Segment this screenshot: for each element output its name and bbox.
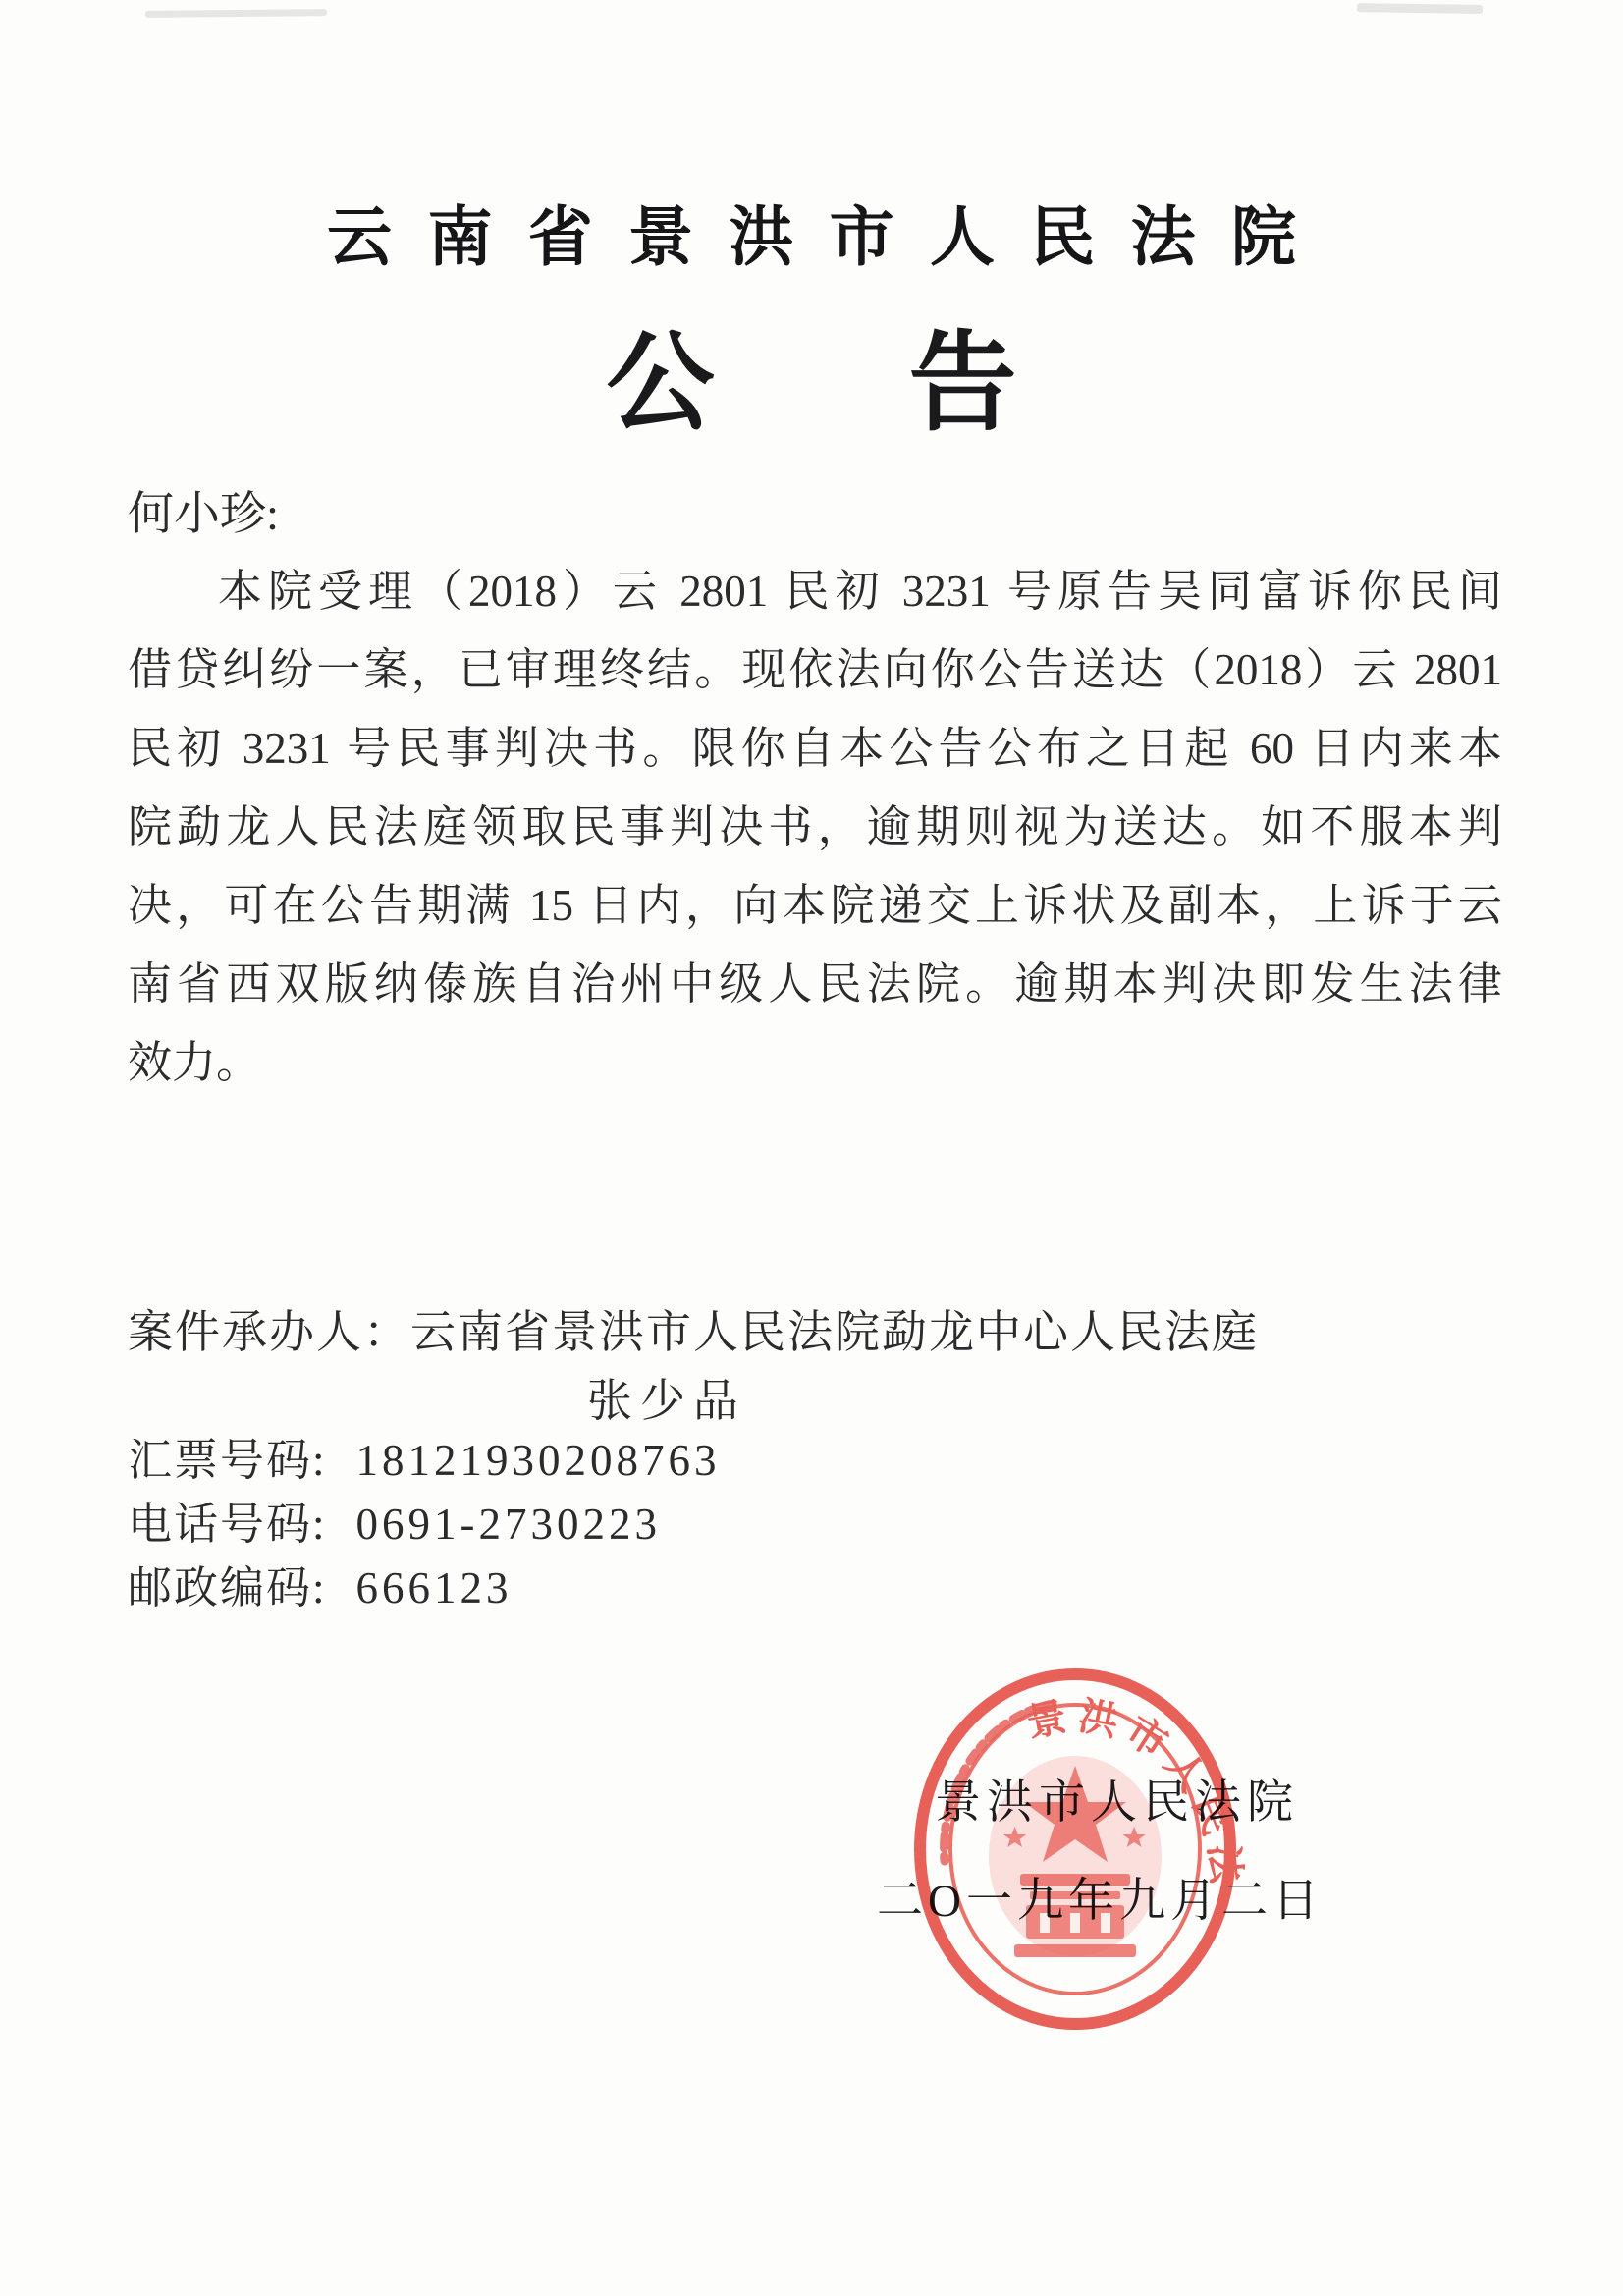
doc-type-heading: 公告 bbox=[0, 297, 1623, 452]
page-title-court: 云南省景洪市人民法院 bbox=[0, 185, 1623, 278]
body-line: 借贷纠纷一案，已审理终结。现依法向你公告送达（2018）云 2801 bbox=[128, 630, 1502, 709]
phone-number-label: 电话号码: bbox=[128, 1488, 327, 1552]
body-line: 民初 3231 号民事判决书。限你自本公告公布之日起 60 日内来本 bbox=[128, 709, 1502, 788]
phone-number-row: 电话号码: 0691-2730223 bbox=[128, 1488, 721, 1552]
national-emblem-icon bbox=[989, 1756, 1162, 1957]
postal-code-label: 邮政编码: bbox=[128, 1552, 327, 1615]
postal-code-value: 666123 bbox=[356, 1562, 513, 1613]
case-handler-value: 云南省景洪市人民法院勐龙中心人民法庭 bbox=[410, 1307, 1259, 1357]
body-line: 决，可在公告期满 15 日内，向本院递交上诉状及副本，上诉于云 bbox=[128, 866, 1502, 945]
phone-number-value: 0691-2730223 bbox=[356, 1499, 662, 1550]
addressee-line: 何小珍: bbox=[128, 477, 279, 543]
body-line: 本院受理（2018）云 2801 民初 3231 号原告吴同富诉你民间 bbox=[128, 552, 1502, 630]
scan-artifact bbox=[145, 9, 327, 18]
court-title-text: 云南省景洪市人民法院 bbox=[327, 202, 1331, 274]
case-handler-line: 案件承办人：云南省景洪市人民法院勐龙中心人民法庭 bbox=[128, 1296, 1259, 1361]
postal-code-row: 邮政编码: 666123 bbox=[128, 1552, 721, 1615]
official-red-seal: 景洪市人民法院 bbox=[905, 1660, 1245, 2039]
body-line: 院勐龙人民法庭领取民事判决书，逾期则视为送达。如不服本判 bbox=[128, 788, 1502, 866]
scan-artifact bbox=[1357, 3, 1483, 14]
body-line: 南省西双版纳傣族自治州中级人民法院。逾期本判决即发生法律 bbox=[128, 945, 1502, 1023]
announcement-body: 本院受理（2018）云 2801 民初 3231 号原告吴同富诉你民间 借贷纠纷… bbox=[128, 552, 1502, 1102]
draft-number-label: 汇票号码: bbox=[128, 1424, 327, 1488]
draft-number-row: 汇票号码: 18121930208763 bbox=[128, 1424, 721, 1488]
announcement-document: 云南省景洪市人民法院 公告 何小珍: 本院受理（2018）云 2801 民初 3… bbox=[0, 0, 1623, 2296]
draft-number-value: 18121930208763 bbox=[356, 1435, 721, 1486]
body-line: 效力。 bbox=[128, 1023, 1502, 1102]
handler-name: 张少品 bbox=[587, 1365, 746, 1430]
contact-fields: 汇票号码: 18121930208763 电话号码: 0691-2730223 … bbox=[128, 1424, 721, 1615]
doc-type-text: 公告 bbox=[607, 297, 1212, 452]
case-handler-label: 案件承办人： bbox=[128, 1307, 410, 1357]
